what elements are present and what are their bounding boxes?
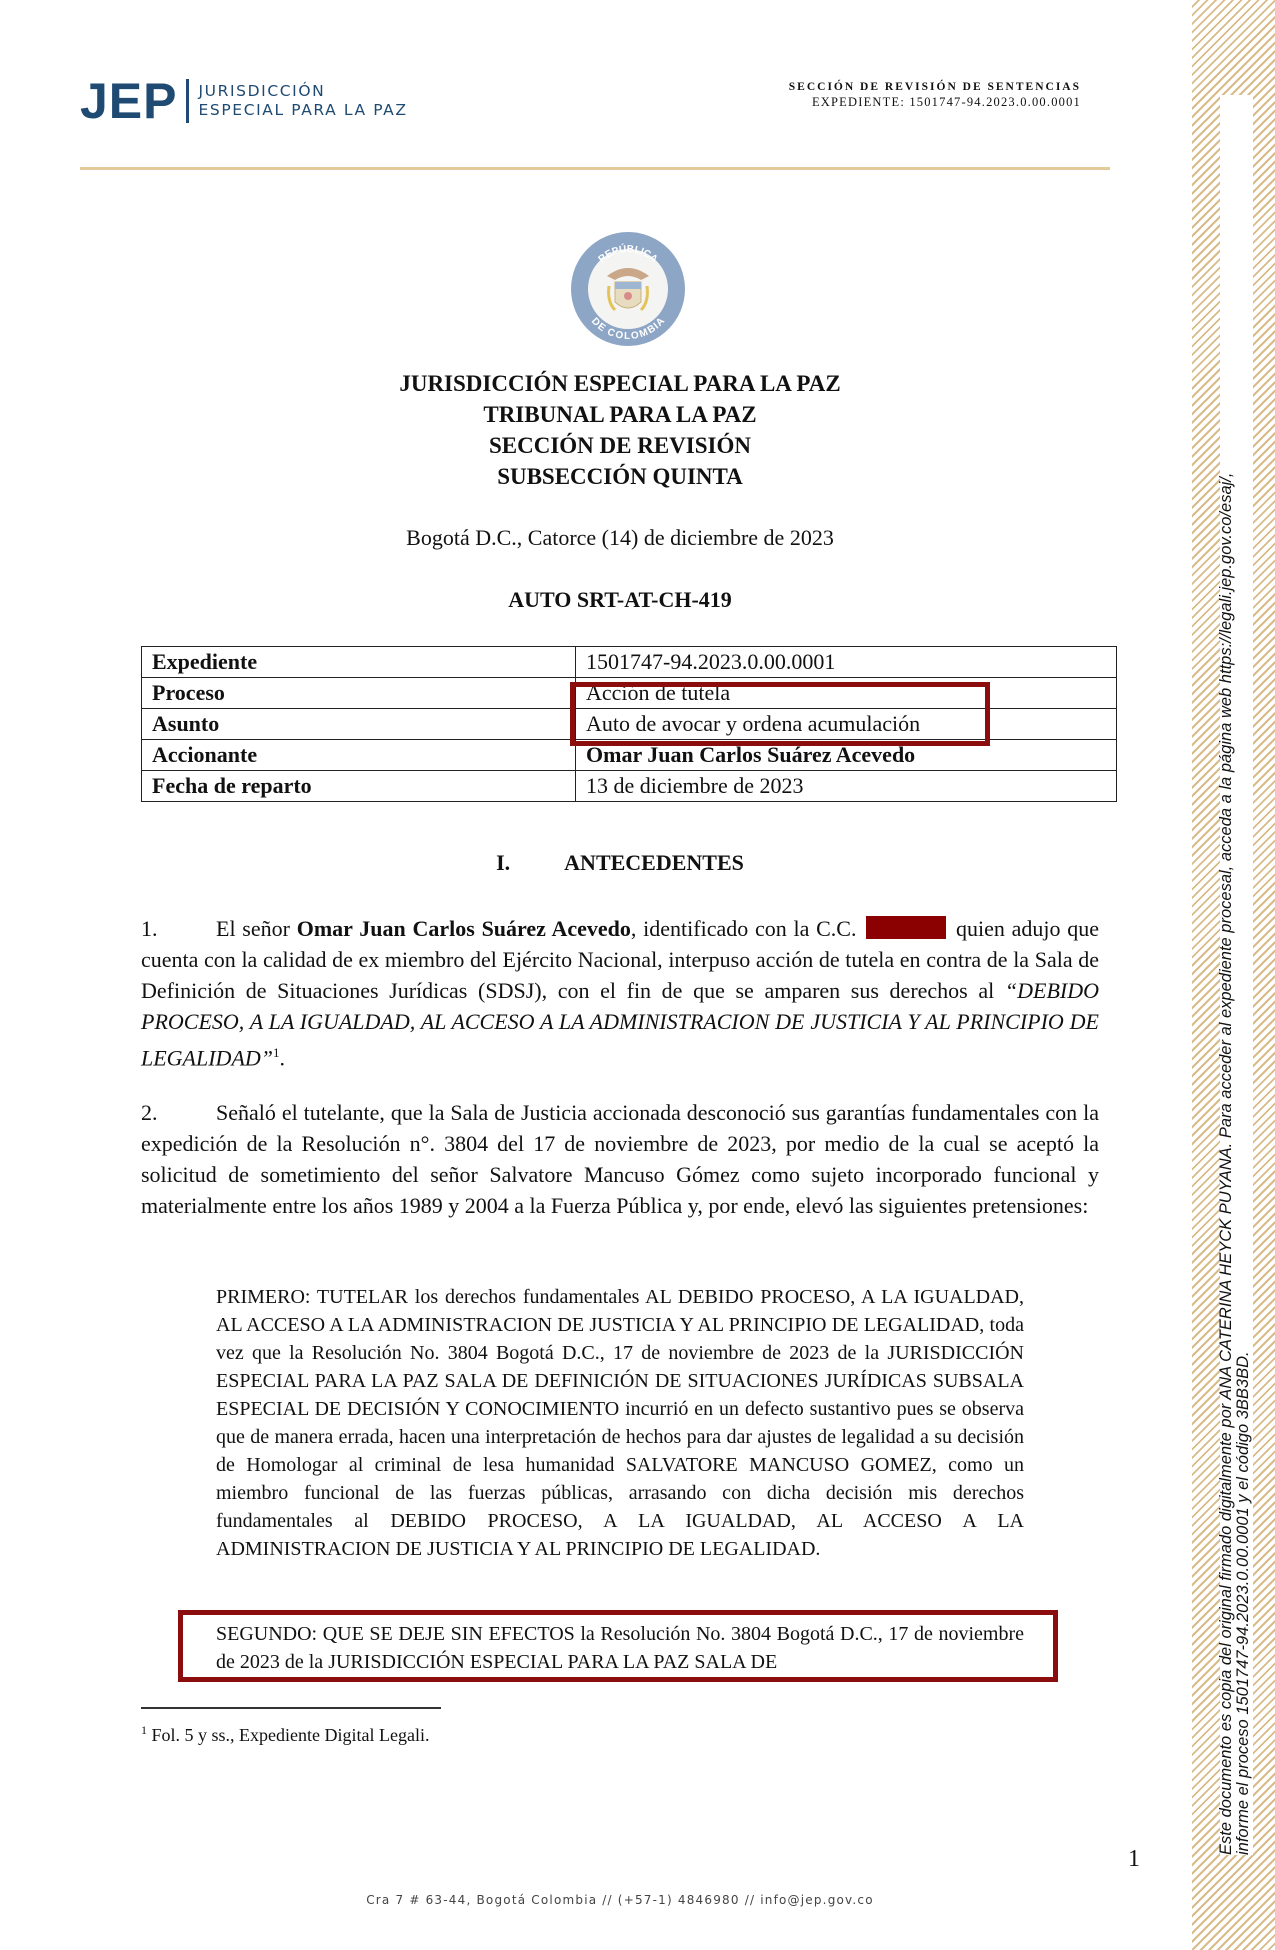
jep-logo: JEP JURISDICCIÓN ESPECIAL PARA LA PAZ (80, 76, 408, 126)
page-number: 1 (1128, 1846, 1140, 1873)
auto-number: AUTO SRT-AT-CH-419 (0, 587, 1240, 613)
quote-segundo: SEGUNDO: QUE SE DEJE SIN EFECTOS la Reso… (216, 1620, 1024, 1676)
logo-divider (186, 79, 189, 123)
footnote: 1 Fol. 5 y ss., Expediente Digital Legal… (141, 1723, 429, 1746)
header-reference: SECCIÓN DE REVISIÓN DE SENTENCIAS EXPEDI… (789, 81, 1081, 110)
paragraph-2: 2.Señaló el tutelante, que la Sala de Ju… (141, 1097, 1099, 1221)
court-titles: JURISDICCIÓN ESPECIAL PARA LA PAZ TRIBUN… (0, 368, 1240, 492)
logo-mark: JEP (80, 76, 178, 126)
header-section: SECCIÓN DE REVISIÓN DE SENTENCIAS (789, 81, 1081, 93)
footnote-rule (141, 1707, 441, 1709)
table-row: Expediente1501747-94.2023.0.00.0001 (142, 647, 1117, 678)
footer-address: Cra 7 # 63-44, Bogotá Colombia // (+57-1… (0, 1893, 1240, 1907)
redacted-id (866, 916, 946, 939)
digital-signature-note: Este documento es copia del original fir… (1218, 473, 1252, 1855)
paragraph-1: 1.El señor Omar Juan Carlos Suárez Aceve… (141, 913, 1099, 1073)
header-rule (80, 167, 1110, 170)
quote-primero: PRIMERO: TUTELAR los derechos fundamenta… (216, 1283, 1024, 1563)
table-row: Fecha de reparto13 de diciembre de 2023 (142, 771, 1117, 802)
colombia-seal-icon: REPÚBLICA DE COLOMBIA (569, 230, 687, 348)
header-expediente: EXPEDIENTE: 1501747-94.2023.0.00.0001 (789, 95, 1081, 110)
section-heading: I.ANTECEDENTES (0, 850, 1240, 876)
highlight-box-proceso-asunto (570, 682, 990, 746)
document-date: Bogotá D.C., Catorce (14) de diciembre d… (0, 525, 1240, 551)
logo-text: JURISDICCIÓN ESPECIAL PARA LA PAZ (199, 82, 408, 120)
